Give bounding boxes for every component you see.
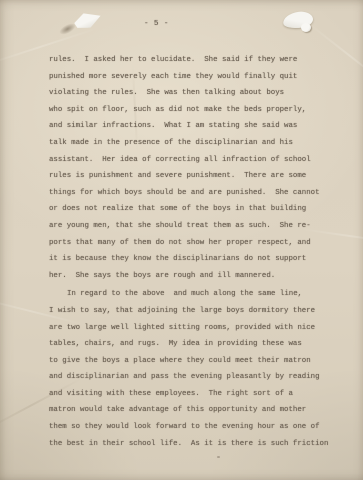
text-line: them so they would look forward to the e… [49,419,349,436]
text-line: punished more severely each time they wo… [49,69,349,86]
text-line: assistant. Her idea of correcting all in… [49,152,349,169]
paragraph: rules. I asked her to elucidate. She sai… [49,52,349,284]
text-line: or does not realize that some of the boy… [49,201,349,218]
text-line: ports that many of them do not show her … [49,235,349,252]
text-line: who spit on floor, such as did not make … [49,102,349,119]
text-line: the best in their school life. As it is … [49,436,349,453]
text-line: and disciplinarian and pass the evening … [49,369,349,386]
text-line: tables, chairs, and rugs. My idea in pro… [49,336,349,353]
scanned-page: - 5 - rules. I asked her to elucidate. S… [0,0,363,480]
text-line: are two large well lighted sitting rooms… [49,320,349,337]
paragraph: In regard to the above and much along th… [49,286,349,452]
text-line: talk made in the presence of the discipl… [49,135,349,152]
text-line: it is because they know the disciplinari… [49,251,349,268]
text-line: matron would take advantage of this oppo… [49,402,349,419]
text-line: things for which boys should be and are … [49,185,349,202]
text-line: to give the boys a place where they coul… [49,353,349,370]
torn-paper-hole-top-left [73,12,101,30]
text-line: rules. I asked her to elucidate. She sai… [49,52,349,69]
page-number: - 5 - [144,20,169,28]
text-line: rules is punishment and severe punishmen… [49,168,349,185]
paper-speck [217,456,220,458]
text-line: I wish to say, that adjoining the large … [49,303,349,320]
text-line: violating the rules. She was then talkin… [49,85,349,102]
text-line: and similar infractions. What I am stati… [49,118,349,135]
document-text: rules. I asked her to elucidate. She sai… [49,52,349,452]
text-line: are young men, that she should treat the… [49,218,349,235]
fastener-dent-shadow [58,21,77,36]
torn-paper-knob-top-right [301,23,311,32]
text-line: and visiting with these employees. The r… [49,386,349,403]
text-line: In regard to the above and much along th… [49,286,349,303]
text-line: her. She says the boys are rough and ill… [49,268,349,285]
